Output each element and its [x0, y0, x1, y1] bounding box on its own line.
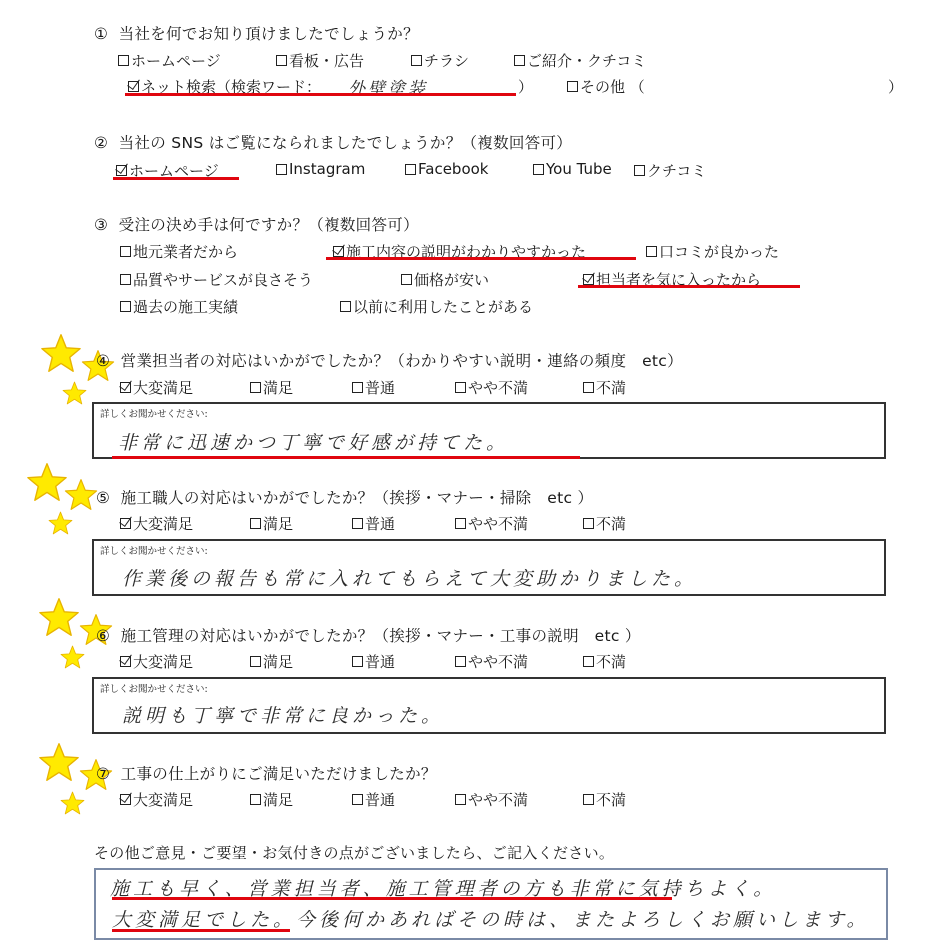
star-icon	[62, 381, 87, 405]
q6-title-text: 施工管理の対応はいかがでしたか？（挨拶・マナー・工事の説明 etc ）	[121, 627, 641, 645]
option-label: 普通	[365, 789, 395, 810]
q4-rating-neutral[interactable]: 普通	[352, 377, 395, 398]
q1-number: ①	[94, 25, 108, 43]
q2-option-kuchikomi[interactable]: クチコミ	[634, 160, 706, 181]
q4-rating-dissatisfied[interactable]: 不満	[583, 377, 626, 398]
q1-option-signboard[interactable]: 看板・広告	[276, 50, 364, 71]
q6-rating-somewhat-dissatisfied[interactable]: やや不満	[455, 651, 528, 672]
checkbox-checked-icon[interactable]	[120, 518, 131, 529]
star-icon	[40, 333, 82, 373]
q1-title: ① 当社を何でお知り頂けましたでしょうか？	[94, 22, 419, 44]
option-label: その他 （	[580, 76, 645, 97]
highlight-underline	[578, 285, 800, 288]
checkbox-icon[interactable]	[352, 382, 363, 393]
q2-title-text: 当社の SNS はご覧になられましたでしょうか？（複数回答可）	[119, 134, 572, 152]
q1-option-other[interactable]: その他 （	[567, 76, 645, 97]
checkbox-icon[interactable]	[120, 274, 131, 285]
checkbox-icon[interactable]	[411, 55, 422, 66]
checkbox-checked-icon[interactable]	[120, 382, 131, 393]
star-icon	[26, 462, 68, 502]
checkbox-icon[interactable]	[340, 301, 351, 312]
checkbox-icon[interactable]	[646, 246, 657, 257]
option-label: 地元業者だから	[133, 241, 238, 262]
q4-title: ④ 営業担当者の対応はいかがでしたか？（わかりやすい説明・連絡の頻度 etc）	[96, 349, 683, 371]
q1-other-close-paren: ）	[888, 76, 903, 97]
checkbox-icon[interactable]	[276, 55, 287, 66]
option-label: 不満	[596, 651, 626, 672]
checkbox-icon[interactable]	[250, 382, 261, 393]
checkbox-icon[interactable]	[120, 246, 131, 257]
option-label: 価格が安い	[414, 269, 489, 290]
q1-option-homepage[interactable]: ホームページ	[118, 50, 221, 71]
highlight-underline	[112, 929, 290, 932]
q7-number: ⑦	[96, 765, 110, 783]
option-label: 満足	[263, 513, 293, 534]
option-label: やや不満	[468, 789, 528, 810]
checkbox-icon[interactable]	[455, 382, 466, 393]
option-label: 大変満足	[133, 651, 193, 672]
q4-comment: 非常に迅速かつ丁寧で好感が持てた。	[118, 428, 509, 455]
checkbox-icon[interactable]	[250, 794, 261, 805]
option-label: 品質やサービスが良さそう	[133, 269, 313, 290]
option-label: 満足	[263, 651, 293, 672]
q5-rating-neutral[interactable]: 普通	[352, 513, 395, 534]
checkbox-icon[interactable]	[455, 794, 466, 805]
checkbox-icon[interactable]	[634, 165, 645, 176]
q7-rating-somewhat-dissatisfied[interactable]: やや不満	[455, 789, 528, 810]
q6-title: ⑥ 施工管理の対応はいかがでしたか？（挨拶・マナー・工事の説明 etc ）	[96, 624, 641, 646]
checkbox-icon[interactable]	[583, 794, 594, 805]
checkbox-icon[interactable]	[583, 518, 594, 529]
highlight-underline	[112, 897, 672, 900]
q2-option-youtube[interactable]: You Tube	[533, 160, 612, 178]
star-icon	[38, 597, 80, 637]
star-icon	[60, 645, 85, 669]
q2-number: ②	[94, 134, 108, 152]
checkbox-icon[interactable]	[352, 656, 363, 667]
q4-title-text: 営業担当者の対応はいかがでしたか？（わかりやすい説明・連絡の頻度 etc）	[121, 352, 683, 370]
option-label: 大変満足	[133, 789, 193, 810]
q7-rating-very-satisfied[interactable]: 大変満足	[120, 789, 193, 810]
star-icon	[38, 742, 80, 782]
checkbox-icon[interactable]	[352, 794, 363, 805]
option-label: クチコミ	[647, 160, 706, 181]
star-icon	[64, 478, 98, 511]
q6-number: ⑥	[96, 627, 110, 645]
detail-label: 詳しくお聞かせください:	[100, 681, 208, 695]
q3-option-local[interactable]: 地元業者だから	[120, 241, 238, 262]
q3-title-text: 受注の決め手は何ですか？（複数回答可）	[119, 216, 419, 234]
option-label: 普通	[365, 513, 395, 534]
option-label: ホームページ	[131, 50, 221, 71]
q3-option-used-before[interactable]: 以前に利用したことがある	[340, 296, 533, 317]
q5-rating-satisfied[interactable]: 満足	[250, 513, 293, 534]
q4-rating-very-satisfied[interactable]: 大変満足	[120, 377, 193, 398]
option-label: やや不満	[468, 651, 528, 672]
checkbox-icon[interactable]	[533, 164, 544, 175]
checkbox-icon[interactable]	[250, 518, 261, 529]
q3-option-good-reviews[interactable]: 口コミが良かった	[646, 241, 779, 262]
option-label: 普通	[365, 377, 395, 398]
checkbox-icon[interactable]	[401, 274, 412, 285]
q1-close-paren: ）	[518, 76, 533, 97]
option-label: 普通	[365, 651, 395, 672]
q5-number: ⑤	[96, 489, 110, 507]
checkbox-icon[interactable]	[352, 518, 363, 529]
q6-rating-satisfied[interactable]: 満足	[250, 651, 293, 672]
q7-rating-satisfied[interactable]: 満足	[250, 789, 293, 810]
q3-option-price[interactable]: 価格が安い	[401, 269, 489, 290]
checkbox-icon[interactable]	[120, 301, 131, 312]
checkbox-icon[interactable]	[583, 656, 594, 667]
q5-rating-dissatisfied[interactable]: 不満	[583, 513, 626, 534]
option-label: You Tube	[546, 160, 612, 178]
checkbox-icon[interactable]	[118, 55, 129, 66]
q6-rating-neutral[interactable]: 普通	[352, 651, 395, 672]
q5-rating-very-satisfied[interactable]: 大変満足	[120, 513, 193, 534]
checkbox-checked-icon[interactable]	[333, 246, 344, 257]
checkbox-checked-icon[interactable]	[116, 165, 127, 176]
option-label: チラシ	[424, 50, 469, 71]
q2-option-facebook[interactable]: Facebook	[405, 160, 488, 178]
option-label: 不満	[596, 789, 626, 810]
q4-rating-satisfied[interactable]: 満足	[250, 377, 293, 398]
option-label: やや不満	[468, 513, 528, 534]
option-label: 不満	[596, 377, 626, 398]
option-label: 看板・広告	[289, 50, 364, 71]
checkbox-checked-icon[interactable]	[120, 794, 131, 805]
q3-title: ③ 受注の決め手は何ですか？（複数回答可）	[94, 213, 419, 235]
checkbox-icon[interactable]	[250, 656, 261, 667]
option-label: やや不満	[468, 377, 528, 398]
option-label: 大変満足	[133, 377, 193, 398]
option-label: 以前に利用したことがある	[353, 296, 533, 317]
q3-number: ③	[94, 216, 108, 234]
q6-comment: 説明も丁寧で非常に良かった。	[122, 701, 444, 728]
option-label: 口コミが良かった	[659, 241, 779, 262]
q5-rating-somewhat-dissatisfied[interactable]: やや不満	[455, 513, 528, 534]
highlight-underline	[113, 177, 239, 180]
checkbox-icon[interactable]	[567, 81, 578, 92]
q1-title-text: 当社を何でお知り頂けましたでしょうか？	[119, 25, 419, 43]
other-comments-title: その他ご意見・ご要望・お気付きの点がございましたら、ご記入ください。	[94, 842, 614, 863]
highlight-underline	[326, 257, 636, 260]
option-label: 大変満足	[133, 513, 193, 534]
checkbox-icon[interactable]	[455, 656, 466, 667]
option-label: 満足	[263, 789, 293, 810]
checkbox-icon[interactable]	[276, 164, 287, 175]
q4-number: ④	[96, 352, 110, 370]
checkbox-icon[interactable]	[514, 55, 525, 66]
q7-title: ⑦ 工事の仕上がりにご満足いただけましたか？	[96, 762, 437, 784]
option-label: ご紹介・クチコミ	[527, 50, 646, 71]
q2-option-instagram[interactable]: Instagram	[276, 160, 365, 178]
checkbox-icon[interactable]	[405, 164, 416, 175]
q3-option-quality[interactable]: 品質やサービスが良さそう	[120, 269, 313, 290]
option-label: 不満	[596, 513, 626, 534]
q7-rating-dissatisfied[interactable]: 不満	[583, 789, 626, 810]
q2-title: ② 当社の SNS はご覧になられましたでしょうか？（複数回答可）	[94, 131, 572, 153]
highlight-underline	[125, 93, 516, 96]
q1-option-referral[interactable]: ご紹介・クチコミ	[514, 50, 646, 71]
q5-title-text: 施工職人の対応はいかがでしたか？（挨拶・マナー・掃除 etc ）	[121, 489, 594, 507]
checkbox-checked-icon[interactable]	[128, 81, 139, 92]
option-label: Instagram	[289, 160, 365, 178]
q5-title: ⑤ 施工職人の対応はいかがでしたか？（挨拶・マナー・掃除 etc ）	[96, 486, 593, 508]
option-label: Facebook	[418, 160, 488, 178]
checkbox-icon[interactable]	[583, 382, 594, 393]
highlight-underline	[112, 456, 580, 459]
other-comment-line2: 大変満足でした。今後何かあればその時は、またよろしくお願いします。	[112, 905, 869, 932]
detail-label: 詳しくお聞かせください:	[100, 543, 208, 557]
star-icon	[48, 511, 73, 535]
checkbox-checked-icon[interactable]	[120, 656, 131, 667]
q1-option-flyer[interactable]: チラシ	[411, 50, 469, 71]
q6-rating-very-satisfied[interactable]: 大変満足	[120, 651, 193, 672]
option-label: 満足	[263, 377, 293, 398]
option-label: 過去の施工実績	[133, 296, 238, 317]
checkbox-checked-icon[interactable]	[583, 274, 594, 285]
checkbox-icon[interactable]	[455, 518, 466, 529]
q7-title-text: 工事の仕上がりにご満足いただけましたか？	[121, 765, 437, 783]
q6-rating-dissatisfied[interactable]: 不満	[583, 651, 626, 672]
q5-comment: 作業後の報告も常に入れてもらえて大変助かりました。	[122, 564, 697, 591]
star-icon	[60, 791, 85, 815]
q4-rating-somewhat-dissatisfied[interactable]: やや不満	[455, 377, 528, 398]
q3-option-past-record[interactable]: 過去の施工実績	[120, 296, 238, 317]
q7-rating-neutral[interactable]: 普通	[352, 789, 395, 810]
detail-label: 詳しくお聞かせください:	[100, 406, 208, 420]
